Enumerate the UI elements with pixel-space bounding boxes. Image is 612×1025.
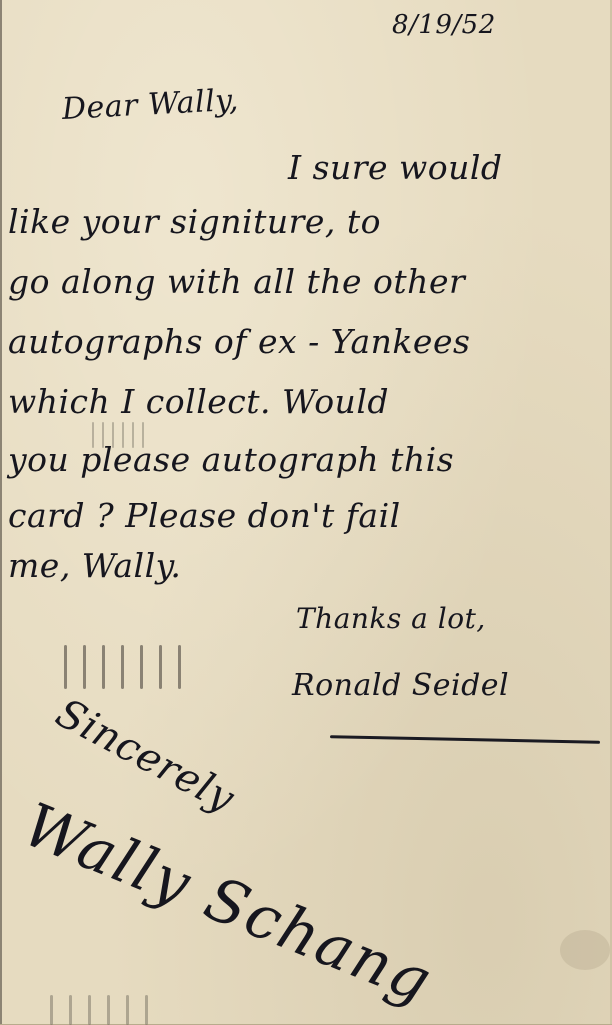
body-line: you please autograph this xyxy=(8,440,454,479)
body-line: I sure would xyxy=(288,148,503,187)
autograph-signature: Wally Schang xyxy=(14,790,442,1017)
postmark-cancellation-bottom xyxy=(50,995,148,1024)
postmark-lines xyxy=(92,422,144,448)
reply-closing: Sincerely xyxy=(48,690,242,822)
postmark-cancellation xyxy=(64,645,181,689)
sender-signature: Ronald Seidel xyxy=(292,668,509,703)
body-line: card ? Please don't fail xyxy=(8,496,401,535)
body-line: me, Wally. xyxy=(8,546,181,585)
body-line: like your signiture, to xyxy=(8,202,381,241)
closing: Thanks a lot, xyxy=(296,602,486,635)
body-line: autographs of ex - Yankees xyxy=(8,322,470,361)
postcard: 8/19/52 Dear Wally, I sure would like yo… xyxy=(0,0,612,1024)
signature-underline xyxy=(330,735,600,744)
date: 8/19/52 xyxy=(392,10,496,40)
salutation: Dear Wally, xyxy=(61,83,239,127)
paper-stain xyxy=(560,930,610,970)
body-line: go along with all the other xyxy=(8,262,465,301)
body-line: which I collect. Would xyxy=(8,382,389,421)
